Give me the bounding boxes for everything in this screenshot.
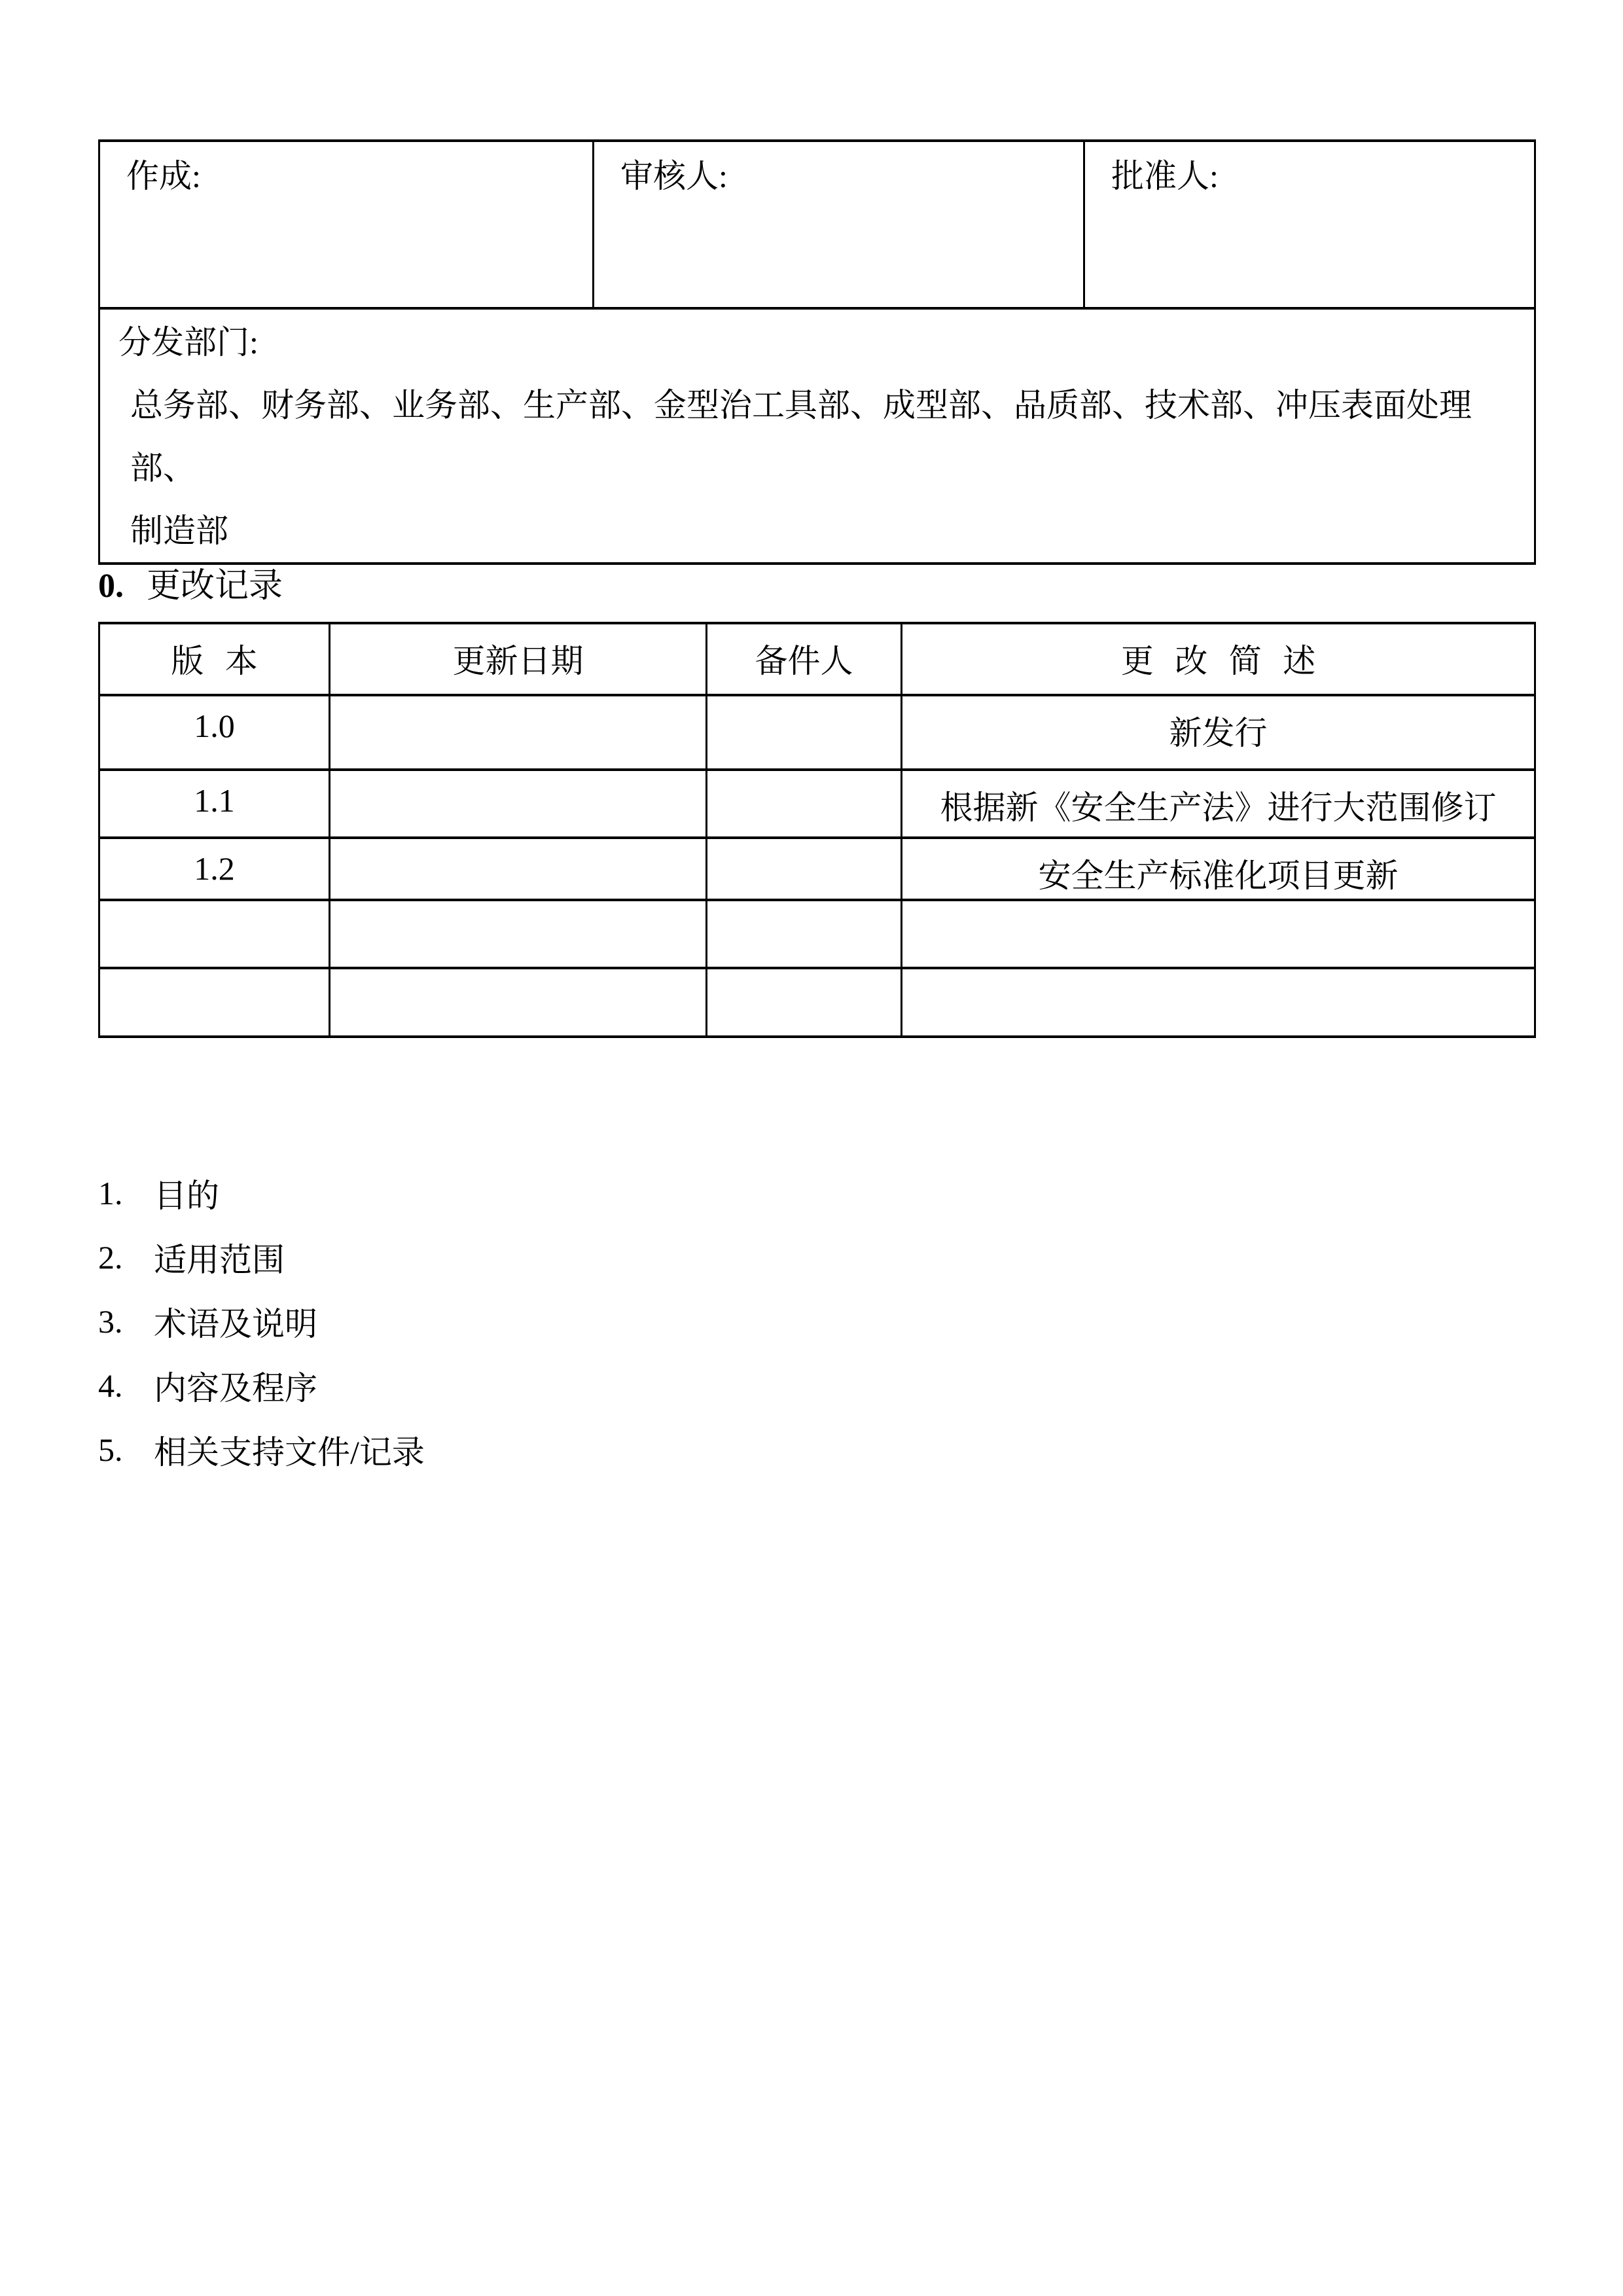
toc-item-scope: 2. 适用范围 <box>98 1225 425 1289</box>
creator-label: 作成: <box>126 158 201 194</box>
cell-person <box>707 968 902 1037</box>
toc-item-purpose: 1. 目的 <box>98 1161 425 1225</box>
change-table-row: 1.2 安全生产标准化项目更新 <box>99 838 1535 900</box>
distribution-departments-line1: 总务部、财务部、业务部、生产部、金型治工具部、成型部、品质部、技术部、冲压表面处… <box>118 374 1534 499</box>
header-summary: 更 改 简 述 <box>902 623 1535 695</box>
cell-summary: 安全生产标准化项目更新 <box>902 838 1535 900</box>
approver-cell: 批准人: <box>1084 141 1535 308</box>
change-table-row: 1.1 根据新《安全生产法》进行大范围修订 <box>99 770 1535 838</box>
change-record-table: 版 本 更新日期 备件人 更 改 简 述 1.0 新发行 1.1 根据新《安全生… <box>98 622 1536 1038</box>
toc-item-number: 4. <box>98 1367 154 1405</box>
cell-version <box>99 900 330 968</box>
cell-version: 1.2 <box>99 838 330 900</box>
cell-summary: 新发行 <box>902 695 1535 770</box>
distribution-label: 分发部门: <box>118 311 1534 374</box>
toc-item-terms: 3. 术语及说明 <box>98 1289 425 1354</box>
header-version: 版 本 <box>99 623 330 695</box>
approval-sign-row: 作成: 审核人: 批准人: <box>99 141 1535 308</box>
change-table-row <box>99 968 1535 1037</box>
cell-person <box>707 770 902 838</box>
approver-label: 批准人: <box>1111 158 1219 194</box>
cell-update-date <box>330 968 707 1037</box>
creator-cell: 作成: <box>99 141 594 308</box>
distribution-row: 分发部门: 总务部、财务部、业务部、生产部、金型治工具部、成型部、品质部、技术部… <box>99 308 1535 564</box>
cell-update-date <box>330 695 707 770</box>
change-table-row: 1.0 新发行 <box>99 695 1535 770</box>
toc-item-number: 5. <box>98 1431 154 1469</box>
change-record-heading: 0. 更改记录 <box>98 567 283 606</box>
distribution-departments-line2: 制造部 <box>118 499 1534 562</box>
toc-item-label: 适用范围 <box>154 1234 285 1281</box>
change-table-header-row: 版 本 更新日期 备件人 更 改 简 述 <box>99 623 1535 695</box>
toc-item-number: 1. <box>98 1174 154 1212</box>
toc-item-label: 内容及程序 <box>154 1362 317 1409</box>
cell-version <box>99 968 330 1037</box>
header-update-date: 更新日期 <box>330 623 707 695</box>
cell-update-date <box>330 900 707 968</box>
cell-version: 1.1 <box>99 770 330 838</box>
toc-item-label: 目的 <box>154 1170 219 1217</box>
toc-item-number: 2. <box>98 1238 154 1276</box>
cell-version: 1.0 <box>99 695 330 770</box>
change-record-heading-title: 更改记录 <box>147 567 283 606</box>
toc-list: 1. 目的 2. 适用范围 3. 术语及说明 4. 内容及程序 5. 相关支持文… <box>98 1161 425 1482</box>
distribution-cell: 分发部门: 总务部、财务部、业务部、生产部、金型治工具部、成型部、品质部、技术部… <box>99 308 1535 564</box>
toc-item-label: 术语及说明 <box>154 1298 317 1345</box>
toc-item-related-documents: 5. 相关支持文件/记录 <box>98 1418 425 1482</box>
document-page: 作成: 审核人: 批准人: 分发部门: 总务部、财务部、业务部、生产部、金型治工… <box>0 0 1623 2296</box>
cell-summary <box>902 968 1535 1037</box>
cell-person <box>707 900 902 968</box>
change-table-row <box>99 900 1535 968</box>
cell-person <box>707 695 902 770</box>
toc-item-number: 3. <box>98 1302 154 1340</box>
change-record-heading-number: 0. <box>98 567 147 606</box>
reviewer-cell: 审核人: <box>594 141 1084 308</box>
cell-summary: 根据新《安全生产法》进行大范围修订 <box>902 770 1535 838</box>
header-person: 备件人 <box>707 623 902 695</box>
toc-item-content-procedure: 4. 内容及程序 <box>98 1354 425 1418</box>
approval-table: 作成: 审核人: 批准人: 分发部门: 总务部、财务部、业务部、生产部、金型治工… <box>98 139 1536 565</box>
toc-item-label: 相关支持文件/记录 <box>154 1426 425 1473</box>
cell-summary <box>902 900 1535 968</box>
cell-person <box>707 838 902 900</box>
cell-update-date <box>330 770 707 838</box>
reviewer-label: 审核人: <box>620 158 728 194</box>
cell-update-date <box>330 838 707 900</box>
